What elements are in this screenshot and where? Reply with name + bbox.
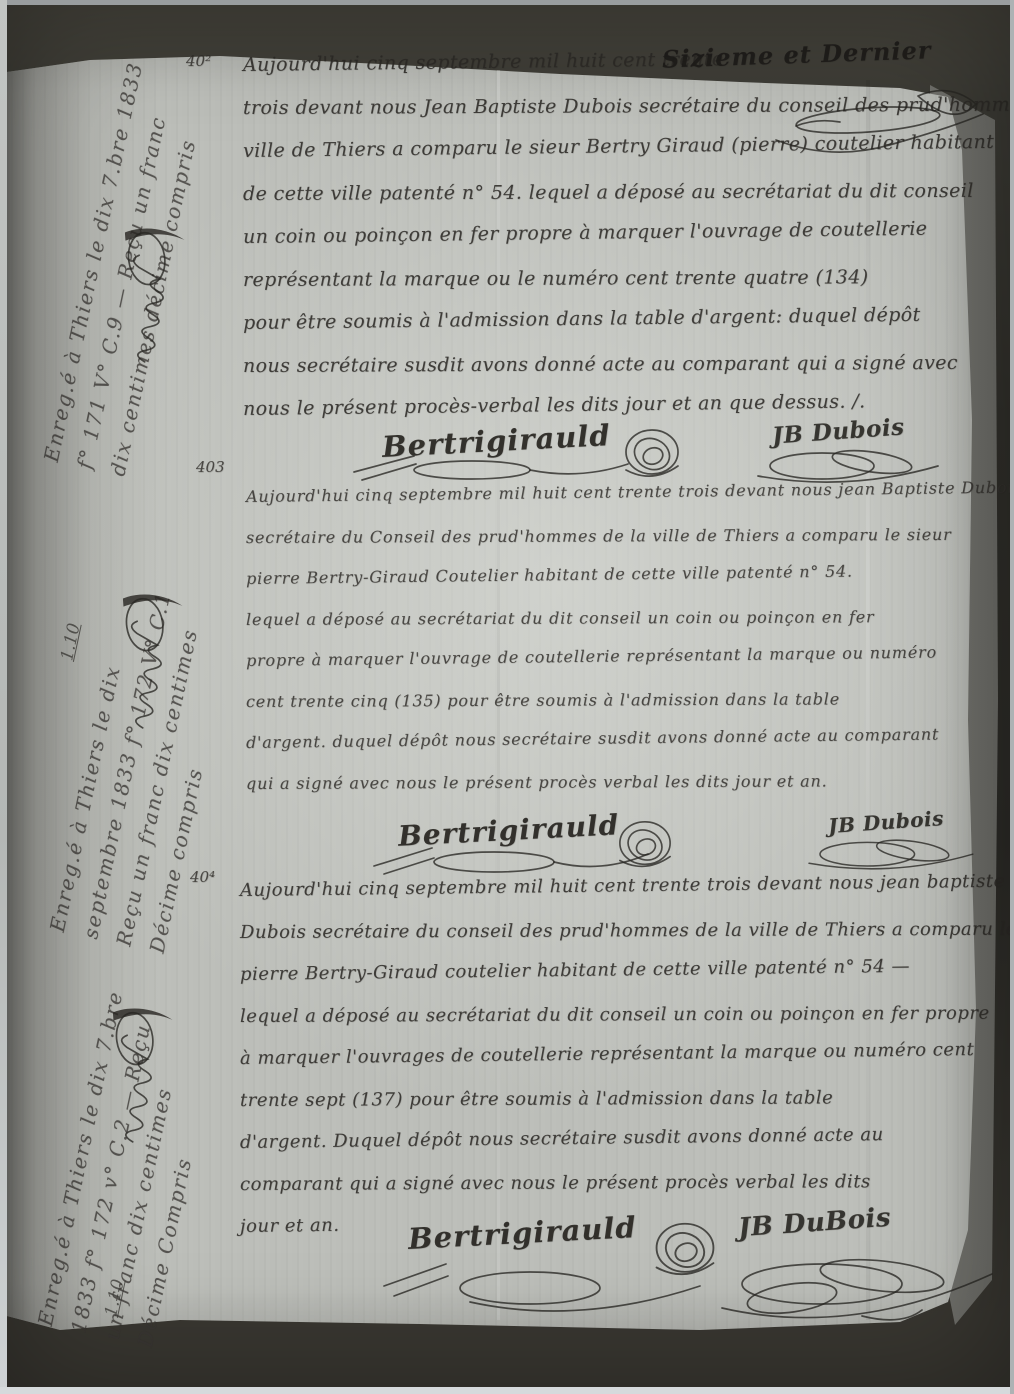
entry-number-402: 40² <box>186 52 211 70</box>
scan-edge <box>1010 0 1014 1394</box>
entry-number-404: 40⁴ <box>190 868 215 886</box>
signature-underline-flourish <box>380 1252 710 1322</box>
dubois-signature-flourish <box>800 836 980 876</box>
scan-edge <box>0 0 7 1394</box>
entry-number-403: 403 <box>196 458 225 476</box>
entry-403: Aujourd'hui cinq septembre mil huit cent… <box>246 476 1014 804</box>
entry-line: à marquer l'ouvrages de coutellerie repr… <box>240 1028 1014 1080</box>
register-photo: 40² 403 40⁴ Sizieme et Dernier Aujourd'h… <box>0 0 1014 1394</box>
scan-edge <box>0 1387 1014 1394</box>
entry-line: d'argent. duquel dépôt nous secrétaire s… <box>246 713 1014 763</box>
dubois-signature-flourish <box>752 446 942 490</box>
entry-404: Aujourd'hui cinq septembre mil huit cent… <box>240 870 1014 1248</box>
entry-line: qui a signé avec nous le présent procès … <box>246 760 1014 804</box>
entry-line: pierre Bertry-Giraud Coutelier habitant … <box>246 549 1014 599</box>
insertion-flourish <box>768 82 998 162</box>
entry-line: pour être soumis à l'admission dans la t… <box>243 292 1014 345</box>
entry-line: d'argent. Duquel dépôt nous secrétaire s… <box>240 1112 1014 1164</box>
entry-line: un coin ou poinçon en fer propre à marqu… <box>243 206 1014 259</box>
scan-edge <box>0 0 1014 5</box>
dubois-signature-flourish <box>712 1238 1012 1338</box>
entry-line: pierre Bertry-Giraud coutelier habitant … <box>240 944 1014 996</box>
entry-line: propre à marquer l'ouvrage de coutelleri… <box>246 631 1014 681</box>
